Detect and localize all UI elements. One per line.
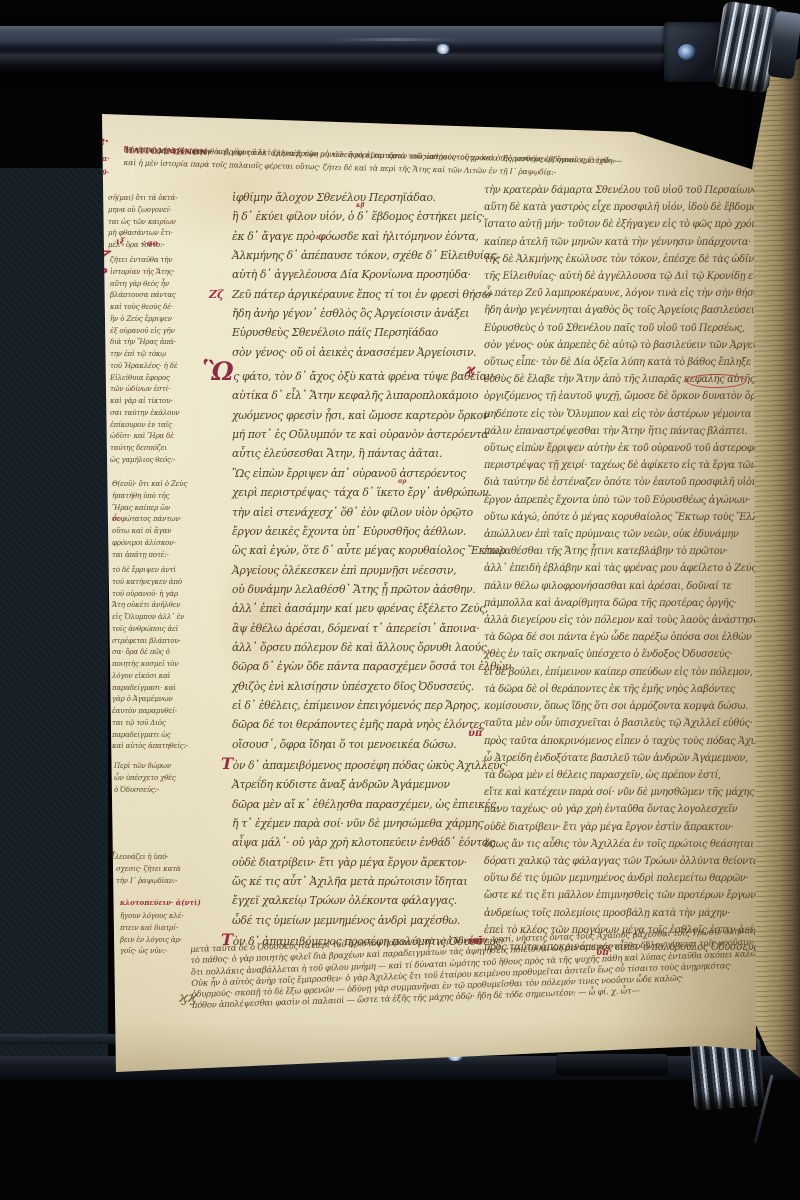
text-line: ἀλλ᾽ ὄρσευ πόλεμον δὲ καὶ ἄλλους ὄρνυθι … xyxy=(232,638,474,657)
scholia-block: Περὶ τῶν δώρωνὧν ὑπέσχετο χθὲςὁ Ὀδυσσεύς… xyxy=(114,760,226,795)
text-line: ὧδέ τις ὑμείων μεμνημένος ἀνδρὶ μαχέσθω. xyxy=(232,911,474,930)
cradle-fabric-background xyxy=(0,168,108,1076)
main-text-column-iliad: ἰφθίμην ἄλοχον Σθενέλου Περσηϊάδαο.ἣ δ᾽ … xyxy=(232,188,474,951)
knurled-knob-icon xyxy=(712,1,779,94)
text-line: εὐθὺς δὲ ἔλαβε τὴν Ἄτην ἀπὸ τῆς λιπαρᾶς … xyxy=(484,371,752,388)
text-line: καὶ αὐτὸς ἀπατηθείς:- xyxy=(112,740,230,752)
text-line: ται τῷ τοῦ Διὸς xyxy=(112,717,230,729)
text-line: οὕτως εἰπὼν ἔρριψεν αὐτὴν ἐκ τοῦ οὐρανοῦ… xyxy=(484,440,752,457)
text-line: ἂψ ἐθέλω ἀρέσαι, δόμεναί τ᾽ ἀπερείσι᾽ ἄπ… xyxy=(232,619,474,638)
text-line: Ὣς εἰπὼν ἔρριψεν ἀπ᾽ οὐρανοῦ ἀστερόεντος xyxy=(232,464,474,483)
margin-scholia: σῆ(μαι) ὅτι τὰ ὀκτά-μηνα οὐ ζωογονεῖ-ται… xyxy=(94,106,234,1078)
text-line: αὐτίκα δ᾽ εἷλ᾽ Ἄτην κεφαλῆς λιπαροπλοκάμ… xyxy=(232,386,474,405)
text-line: δῶρα μὲν αἴ κ᾽ ἐθέλῃσθα παρασχέμεν, ὡς ἐ… xyxy=(232,795,474,814)
text-line: χθὲς ἐν ταῖς σκηναῖς ὑπέσχετο ὁ ἔνδοξος … xyxy=(484,646,752,663)
text-line: σῆ(μαι) ὅτι τὰ ὀκτά- xyxy=(108,192,226,204)
clip-rod xyxy=(556,1054,668,1076)
text-line: Εὐρυσθεὺς Σθενέλοιο πάϊς Περσηϊάδαο xyxy=(232,323,474,342)
text-line: την ἐπὶ τῷ τόκῳ xyxy=(110,348,228,360)
text-line: τοῖς ἀνθρώποις ἀεὶ xyxy=(112,623,230,635)
text-line: πτειν καὶ διατρί- xyxy=(120,922,232,934)
text-line: ται ἀπάτῃ ποτέ:- xyxy=(112,549,230,561)
text-line: τὴν κρατερὰν δάμαρτα Σθενέλου τοῦ υἱοῦ τ… xyxy=(484,182,752,199)
text-line: παραδείγμασι· καὶ xyxy=(112,682,230,694)
text-line: παραδείγματι ὡς xyxy=(112,729,230,741)
text-line: οὕτω δέ τις ὑμῶν μεμνημένος ἀνδρὶ πολεμε… xyxy=(484,870,752,887)
text-line: διὰ τὴν Ἥρας ἀπά- xyxy=(110,336,228,348)
text-line: Ἀτρεΐδη κύδιστε ἄναξ ἀνδρῶν Ἀγάμεμνον xyxy=(232,775,474,794)
text-line: ὠδῖσι· καὶ Ἥρα δὲ xyxy=(110,430,228,442)
scholia-block: ζήτει ἐνταῦθα τὴνἱστορίαν τῆς Ἄτης·αὕτη … xyxy=(110,254,228,466)
text-line: σα· ὅρα δὲ πῶς ὁ xyxy=(112,646,230,658)
text-line: τοῦ κατήνεγκεν ἀπὸ xyxy=(112,576,230,588)
text-line: ἑαυτὸν παραμυθεῖ- xyxy=(112,705,230,717)
text-line: ἤδη ἀνὴρ γεγέννηται ἀγαθὸς ὃς τοῖς Ἀργεί… xyxy=(484,302,752,319)
manuscript-page: ἨΛΙΤΟΜΜΗΝΟΝ·ὅ ἐστι τὸ μὴ τελεσφορηθὲν βρ… xyxy=(94,106,758,1078)
text-line: οὐδὲ διατρίβειν· ἔτι γὰρ μέγα ἔργον ἄρεκ… xyxy=(232,853,474,872)
rail-glint xyxy=(330,38,460,41)
text-line: τὰ δῶρα δὲ οἱ θεράποντες ἐκ τῆς ἐμῆς νηὸ… xyxy=(484,681,752,698)
text-line: ἤγουν λόγους κλέ- xyxy=(120,910,232,922)
text-line: ἵστατο αὐτῇ μήν· τοῦτον δὲ ἐξήγαγεν εἰς … xyxy=(484,216,752,233)
text-line: ὁ Ὀδυσσεύς:- xyxy=(114,784,226,796)
manuscript-photo: ἨΛΙΤΟΜΜΗΝΟΝ·ὅ ἐστι τὸ μὴ τελεσφορηθὲν βρ… xyxy=(0,0,800,1200)
text-line: ἐπίκουρον ἐν ταῖς xyxy=(110,419,228,431)
text-line: πρὸς ταῦτα ἀποκρινόμενος εἶπεν ὁ ταχὺς τ… xyxy=(484,733,752,750)
text-line: τὴν Ι΄ ῥαψῳδίαν:- xyxy=(116,875,228,887)
text-line: δῶρα δ᾽ ἐγὼν ὅδε πάντα παρασχέμεν ὅσσά τ… xyxy=(232,657,474,676)
text-line: πάλιν ἐπαναστρέψεσθαι τὴν Ἄτην ἥτις πάντ… xyxy=(484,423,752,440)
text-line: εἰς Ὄλυμπον ἀλλ᾽ ἐν xyxy=(112,611,230,623)
text-line: καὶ γὰρ αἱ τίκτου- xyxy=(110,395,228,407)
text-line: Τὸν δ᾽ ἀπαμειβόμενος προσέφη πόδας ὠκὺς … xyxy=(232,754,474,775)
text-line: ἣ δ᾽ ἐκύει φίλον υἱόν, ὁ δ᾽ ἕβδομος ἑστή… xyxy=(232,207,474,226)
text-line: οὐδὲ διατρίβειν· ἔτι γὰρ μέγα ἔργον ἐστὶ… xyxy=(484,819,752,836)
text-line: ἔγχεϊ χαλκείῳ Τρώων ὀλέκοντα φάλαγγας. xyxy=(232,891,474,910)
scholia-block: Πλεονάζει ἡ ὑπό-σχεσις· ζήτει κατὰτὴν Ι΄… xyxy=(116,850,228,886)
text-line: σχεσις· ζήτει κατὰ xyxy=(116,863,228,875)
text-line: Ὣς φάτο, τὸν δ᾽ ἄχος ὀξὺ κατὰ φρένα τύψε… xyxy=(232,362,474,386)
text-line: πάλιν θέλω φιλοφρονήσασθαι καὶ ἀρέσαι, δ… xyxy=(484,578,752,595)
text-line: τὰ δῶρα μὲν εἰ θέλεις παρασχεῖν, ὡς πρέπ… xyxy=(484,767,752,784)
text-line: ἀλλ᾽ ἐπειδὴ ἐβλάβην καὶ τὰς φρένας μου ἀ… xyxy=(484,560,752,577)
text-line: ἀλλὰ διεγείρου εἰς τὸν πόλεμον καὶ τοὺς … xyxy=(484,612,752,629)
text-line: δῶρα δέ τοι θεράποντες ἐμῆς παρὰ νηὸς ἑλ… xyxy=(232,715,474,734)
text-line: τῆς Εἰλειθυίας· αὐτὴ δὲ ἀγγέλλουσα τῷ Δι… xyxy=(484,268,752,285)
text-line: ἰφθίμην ἄλοχον Σθενέλου Περσηϊάδαο. xyxy=(232,188,474,207)
text-line: μέλ᾽ ὅρα τοῦτο:- xyxy=(108,239,226,251)
text-line: αὐτὴ δ᾽ ἀγγελέουσα Δία Κρονίωνα προσηύδα… xyxy=(232,265,474,284)
text-line: ἀλλ᾽ ἐπεὶ ἀασάμην καί μευ φρένας ἐξέλετο… xyxy=(232,599,474,618)
text-line: Πλεονάζει ἡ ὑπό- xyxy=(116,850,228,863)
text-line: ὅπως ἄν τις αὖθις τὸν Ἀχιλλέα ἐν τοῖς πρ… xyxy=(484,836,752,853)
text-line: ἔργον ἀεικὲς ἔχοντα ὑπ᾽ Εὐρυσθῆος ἀέθλων… xyxy=(232,522,474,541)
text-line: ὥστε κέ τις ἔτι μᾶλλον ἐπιμνησθεὶς τῶν π… xyxy=(484,887,752,904)
text-line: ἠπατήθη ὑπὸ τῆς xyxy=(112,490,230,502)
text-line: Εἰλείθυια ἔφορος xyxy=(110,372,228,384)
scholia-block: σῆ(μαι) ὅτι τὰ ὀκτά-μηνα οὐ ζωογονεῖ-ται… xyxy=(108,192,226,251)
text-line: ἤ τ᾽ ἐχέμεν παρὰ σοί· νῦν δὲ μνησώμεθα χ… xyxy=(232,814,474,833)
text-line: οὕτως εἶπε· τὸν δὲ Δία ὀξεῖα λύπη κατὰ τ… xyxy=(484,354,752,371)
text-line: ἀνδρείως τοῖς πολεμίοις προσβάλῃ κατὰ τὴ… xyxy=(484,905,752,922)
text-line: αὕτη δὲ κατὰ γαστρὸς εἶχε προσφιλῆ υἱόν,… xyxy=(484,199,752,216)
text-line: εἰ δ᾽ ἐθέλεις, ἐπίμεινον ἐπειγόμενός περ… xyxy=(232,696,474,715)
text-line: ὣς καὶ ἐγών, ὅτε δ᾽ αὖτε μέγας κορυθαίολ… xyxy=(232,541,474,560)
text-line: τοῦ Ἡρακλέος· ἡ δὲ xyxy=(110,360,228,372)
text-line: ἔργον ἀπρεπὲς ἔχοντα ὑπὸ τῶν τοῦ Εὐρυσθέ… xyxy=(484,492,752,509)
text-line: ὦ πάτερ Ζεῦ λαμπροκέραυνε, λόγον τινὰ εἰ… xyxy=(484,285,752,302)
cradle-rail-top xyxy=(0,26,708,72)
text-line: μὴ φθασάντων ἔτι· xyxy=(108,227,226,239)
text-line: τῆς δὲ Ἀλκμήνης ἐκώλυσε τὸν τόκον, ἐπέσχ… xyxy=(484,251,752,268)
scholia-block: Θ(εοῦ)· ὅτι καὶ ὁ Ζεὺςἠπατήθη ὑπὸ τῆςἭρα… xyxy=(112,478,230,560)
text-line: ταῦτα μὲν οὖν ὑπισχνεῖται ὁ βασιλεὺς τῷ … xyxy=(484,715,752,732)
text-line: ἤδη ἀνὴρ γέγον᾽ ἐσθλὸς ὃς Ἀργείοισιν ἀνά… xyxy=(232,304,474,323)
text-line: αὖτις ἐλεύσεσθαι Ἄτην, ἣ πάντας ἀᾶται. xyxy=(232,444,474,463)
text-line: οἴσουσ᾽, ὄφρα ἴδηαι ὅ τοι μενοεικέα δώσω… xyxy=(232,735,474,754)
text-line: πάμπολλα καὶ ἀναρίθμητα δῶρα τῆς προτέρα… xyxy=(484,595,752,612)
text-line: Ζεῦ πάτερ ἀργικέραυνε ἔπος τί τοι ἐν φρε… xyxy=(232,285,474,304)
text-line: τῶν ὠδίνων ἐστί· xyxy=(110,383,228,395)
scholia-block: τὸ δὲ ἔρριψεν ἀντὶτοῦ κατήνεγκεν ἀπὸτοῦ … xyxy=(112,564,230,752)
text-line: μηδέποτε εἰς τὸν Ὄλυμπον καὶ εἰς τὸν ἀστ… xyxy=(484,406,752,423)
text-line: ταύτης δεσπόζει xyxy=(110,442,228,454)
text-line: τὸ δὲ ἔρριψεν ἀντὶ xyxy=(112,564,230,576)
text-line: σὸν γένος· οὐκ ἀπρεπὲς δὲ αὐτῷ τὸ βασιλε… xyxy=(484,337,752,354)
metal-clip-top xyxy=(658,4,800,92)
text-line: ποιητὴς κοσμεῖ τὸν xyxy=(112,658,230,670)
text-line: βλάπτουσα πάντας xyxy=(110,289,228,301)
text-line: ὀργιζόμενος τῇ ἑαυτοῦ ψυχῇ, ὤμοσε δὲ ὅρκ… xyxy=(484,388,752,405)
text-line: χωόμενος φρεσὶν ᾗσι, καὶ ὤμοσε καρτερὸν … xyxy=(232,406,474,425)
text-line: πάνυ ταχέως· οὐ γὰρ χρὴ ἐνταῦθα ὄντας λο… xyxy=(484,801,752,818)
text-line: ὡς γαμήλιος θεός:- xyxy=(110,454,228,466)
text-line: ζήτει ἐνταῦθα τὴν xyxy=(110,254,228,266)
text-line: ὥς κέ τις αὖτ᾽ Ἀχιλῆα μετὰ πρώτοισιν ἴδη… xyxy=(232,872,474,891)
text-line: εἰ δὲ βούλει, ἐπίμεινον καίπερ σπεύδων ε… xyxy=(484,664,752,681)
text-line: φρόνιμοι ἁλίσκον- xyxy=(112,537,230,549)
text-line: τὰ δῶρα δέ σοι πάντα ἐγὼ ὧδε παρέξω ὁπόσ… xyxy=(484,629,752,646)
text-line: σὸν γένος· οὔ οἱ ἀεικὲς ἀνασσέμεν Ἀργείο… xyxy=(232,343,474,362)
text-line: Ἥρας καίπερ ὢν xyxy=(112,502,230,514)
text-line: Εὐρυσθεὺς ὁ τοῦ Σθενέλου παῖς τοῦ υἱοῦ τ… xyxy=(484,320,752,337)
paraphrase-column: τὴν κρατερὰν δάμαρτα Σθενέλου τοῦ υἱοῦ τ… xyxy=(484,182,752,956)
text-line: σοφώτατος πάντων· xyxy=(112,513,230,525)
text-line: Ἀργείους ὀλέκεσκεν ἐπὶ πρυμνῇσι νέεσσιν, xyxy=(232,561,474,580)
text-line: ἐξ οὐρανοῦ εἰς γῆν xyxy=(110,325,228,337)
text-line: καὶ τοὺς θεοὺς δέ· xyxy=(110,301,228,313)
text-line: ἀπώλλυεν ἐπὶ ταῖς πρύμναις τῶν νεῶν, οὐκ… xyxy=(484,526,752,543)
text-line: χθιζὸς ἐνὶ κλισίῃσιν ὑπέσχετο δῖος Ὀδυσσ… xyxy=(232,677,474,696)
text-line: τοῦ οὐρανοῦ· ἡ γὰρ xyxy=(112,588,230,600)
text-line: ἣν ὁ Ζεὺς ἔρριψεν xyxy=(110,313,228,325)
text-line: Θ(εοῦ)· ὅτι καὶ ὁ Ζεὺς xyxy=(112,478,230,490)
text-line: αἶψα μάλ᾽· οὐ γὰρ χρὴ κλοτοπεύειν ἐνθάδ᾽… xyxy=(232,833,474,852)
text-line: ὧν ὑπέσχετο χθὲς xyxy=(114,772,226,784)
text-line: δόρατι χαλκῷ τὰς φάλαγγας τῶν Τρώων ὀλλύ… xyxy=(484,853,752,870)
text-line: τὴν αἰεὶ στενάχεσχ᾽ ὅθ᾽ ἑὸν φίλον υἱὸν ὁ… xyxy=(232,503,474,522)
text-line: ἐπιλαθέσθαι τῆς Ἄτης ᾗτινι κατεβλάβην τὸ… xyxy=(484,543,752,560)
text-line: ὦ Ἀτρείδη ἐνδοξότατε βασιλεῦ τῶν ἀνδρῶν … xyxy=(484,750,752,767)
text-line: διὰ ταύτην δὲ ἐστέναζεν ὁπότε τὸν ἑαυτοῦ… xyxy=(484,474,752,491)
text-line: χειρὶ περιστρέψας· τάχα δ᾽ ἵκετο ἔργ᾽ ἀν… xyxy=(232,483,474,502)
text-line: οὐ δυνάμην λελαθέσθ᾽ Ἄτης ᾗ πρῶτον ἀάσθη… xyxy=(232,580,474,599)
text-line: Ἄτη οὐκέτι ἀνῆλθεν xyxy=(112,599,230,611)
text-line: μή ποτ᾽ ἐς Οὔλυμπόν τε καὶ οὐρανὸν ἀστερ… xyxy=(232,425,474,444)
text-line: οὕτω καὶ οἱ ἄγαν xyxy=(112,525,230,537)
text-line: οὕτω κἀγώ, ὁπότε ὁ μέγας κορυθαίολος Ἕκτ… xyxy=(484,509,752,526)
text-line: λόγον εἰκόσι καὶ xyxy=(112,670,230,682)
text-line: εἴτε καὶ κατέχειν παρὰ σοί· νῦν δὲ μνησθ… xyxy=(484,784,752,801)
text-line: γὰρ ὁ Ἀγαμέμνων xyxy=(112,693,230,705)
text-line: περιστρέψας τῇ χειρί· ταχέως δὲ ἀφίκετο … xyxy=(484,457,752,474)
text-line: Ἀλκμήνης δ᾽ ἀπέπαυσε τόκον, σχέθε δ᾽ Εἰλ… xyxy=(232,246,474,265)
text-line: στρέφεται βλάπτου- xyxy=(112,635,230,647)
text-line: καίπερ ἀτελῆ τῶν μηνῶν κατὰ τὴν γέννησιν… xyxy=(484,234,752,251)
text-line: σαι ταύτην ἐκάλουν xyxy=(110,407,228,419)
text-line: αὕτη γὰρ θεὸς ἦν xyxy=(110,278,228,290)
text-line: κομίσουσιν, ὅπως ἴδῃς ὅτι σοι ἁρμόζοντα … xyxy=(484,698,752,715)
text-line: Περὶ τῶν δώρων xyxy=(114,760,226,772)
text-line: μηνα οὐ ζωογονεῖ- xyxy=(108,204,226,216)
metal-clip-bottom xyxy=(662,1036,800,1126)
text-line: ται ὡς τῶν καιρίων xyxy=(108,216,226,228)
text-line: ἱστορίαν τῆς Ἄτης· xyxy=(110,266,228,278)
text-line: ἐκ δ᾽ ἄγαγε πρὸ φόωσδε καὶ ἠλιτόμηνον ἐό… xyxy=(232,227,474,246)
